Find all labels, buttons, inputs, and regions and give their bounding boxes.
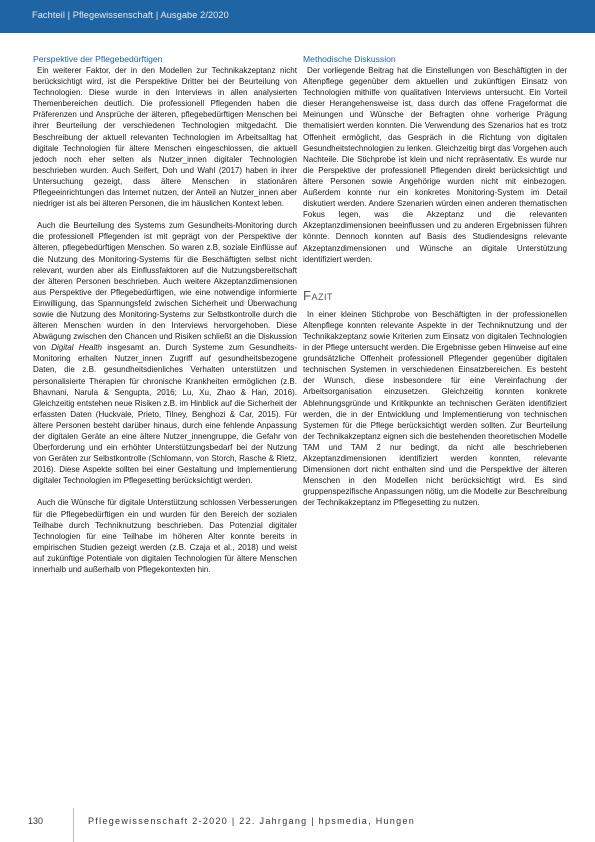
paragraph: In einer kleinen Stichprobe von Beschäft… bbox=[303, 309, 567, 509]
paragraph-text: Auch die Beurteilung des Systems zum Ges… bbox=[33, 221, 297, 352]
paragraph-text: insgesamt an. Durch Systeme zum Gesundhe… bbox=[33, 343, 297, 485]
footer-journal-info: Pflegewissenschaft 2-2020 | 22. Jahrgang… bbox=[88, 816, 415, 826]
italic-term: Digital Health bbox=[51, 343, 102, 352]
section-heading-fazit: Fazit bbox=[303, 290, 567, 301]
footer-divider bbox=[73, 808, 74, 842]
section-heading-methodische-diskussion: Methodische Diskussion bbox=[303, 54, 567, 65]
paragraph: Auch die Beurteilung des Systems zum Ges… bbox=[33, 220, 297, 486]
header-bar: Fachteil | Pflegewissenschaft | Ausgabe … bbox=[0, 0, 595, 33]
page-number: 130 bbox=[28, 816, 43, 826]
running-header: Fachteil | Pflegewissenschaft | Ausgabe … bbox=[32, 10, 229, 20]
paragraph: Der vorliegende Beitrag hat die Einstell… bbox=[303, 65, 567, 265]
paragraph: Ein weiterer Faktor, der in den Modellen… bbox=[33, 65, 297, 209]
section-heading-perspektive: Perspektive der Pflegebedürftigen bbox=[33, 54, 297, 65]
page-footer: 130 Pflegewissenschaft 2-2020 | 22. Jahr… bbox=[0, 808, 595, 842]
paragraph: Auch die Wünsche für digitale Unterstütz… bbox=[33, 497, 297, 575]
left-column: Perspektive der Pflegebedürftigen Ein we… bbox=[33, 54, 297, 575]
right-column: Methodische Diskussion Der vorliegende B… bbox=[303, 54, 567, 508]
